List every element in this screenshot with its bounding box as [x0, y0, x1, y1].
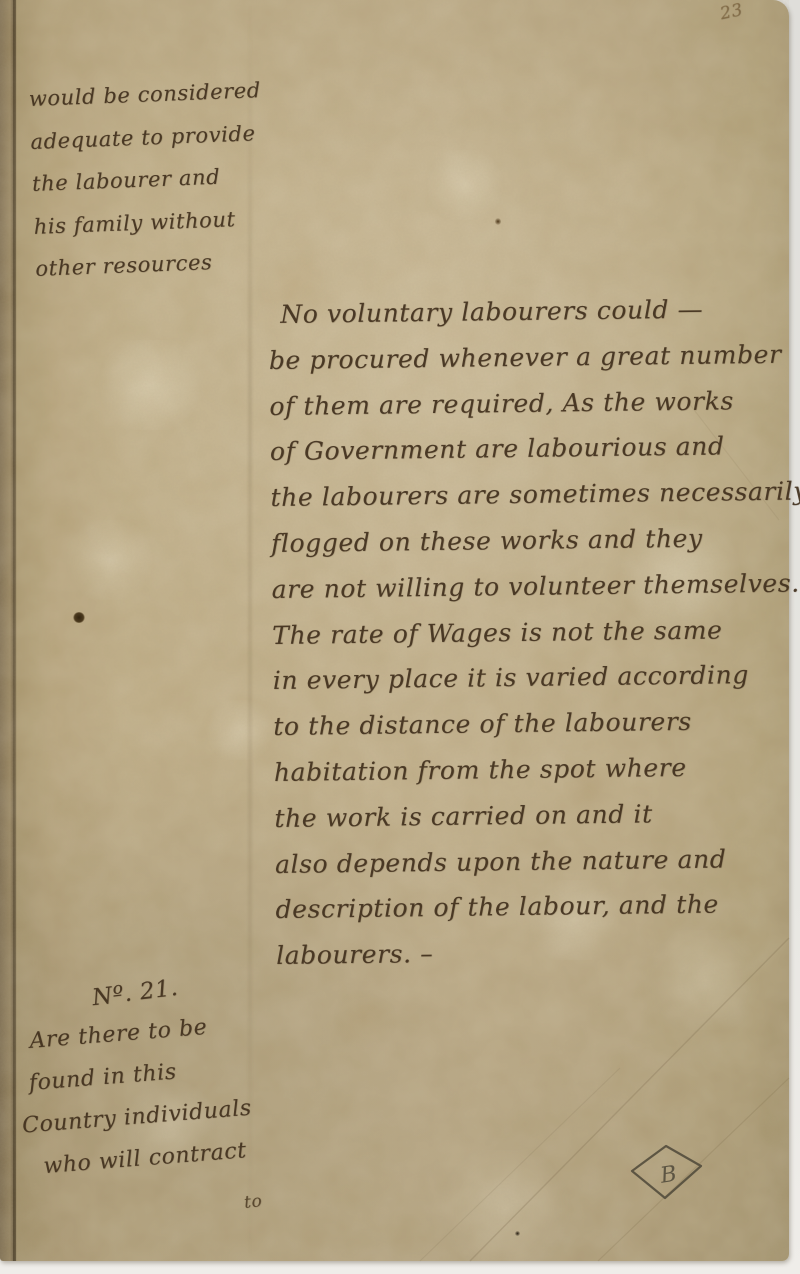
- body-line: description of the labour, and the: [275, 881, 800, 933]
- body-line: to the distance of the labourers: [273, 698, 800, 750]
- manuscript-scan: 23 would be considered adequate to provi…: [0, 0, 800, 1274]
- question-note: Are there to be found in this Country in…: [14, 1004, 257, 1190]
- ink-blot: [73, 612, 85, 623]
- body-line: the work is carried on and it: [274, 789, 800, 841]
- body-line: of Government are labourious and: [270, 423, 800, 475]
- ink-speck: [515, 1231, 520, 1236]
- ink-speck: [495, 218, 501, 225]
- body-line: flogged on these works and they: [271, 514, 800, 566]
- body-line: The rate of Wages is not the same: [272, 606, 800, 658]
- body-line: in every place it is varied according: [272, 652, 800, 704]
- body-line: are not willing to volunteer themselves.: [271, 560, 800, 612]
- body-line: labourers. –: [276, 927, 800, 979]
- body-line: habitation from the spot where: [274, 743, 800, 795]
- margin-note-line: other resources: [35, 239, 269, 290]
- collection-stamp: B: [628, 1142, 706, 1202]
- body-line: of them are required, As the works: [269, 377, 800, 429]
- margin-note-top: would be considered adequate to provide …: [28, 69, 268, 291]
- stamp-letter: B: [658, 1162, 679, 1189]
- catchword: to: [243, 1191, 263, 1213]
- body-text: No voluntary labourers could — be procur…: [268, 285, 800, 978]
- body-line: the labourers are sometimes necessarily: [270, 469, 800, 521]
- body-line: No voluntary labourers could —: [268, 285, 800, 337]
- body-line: be procured whenever a great number: [269, 331, 800, 383]
- body-line: also depends upon the nature and: [275, 835, 800, 887]
